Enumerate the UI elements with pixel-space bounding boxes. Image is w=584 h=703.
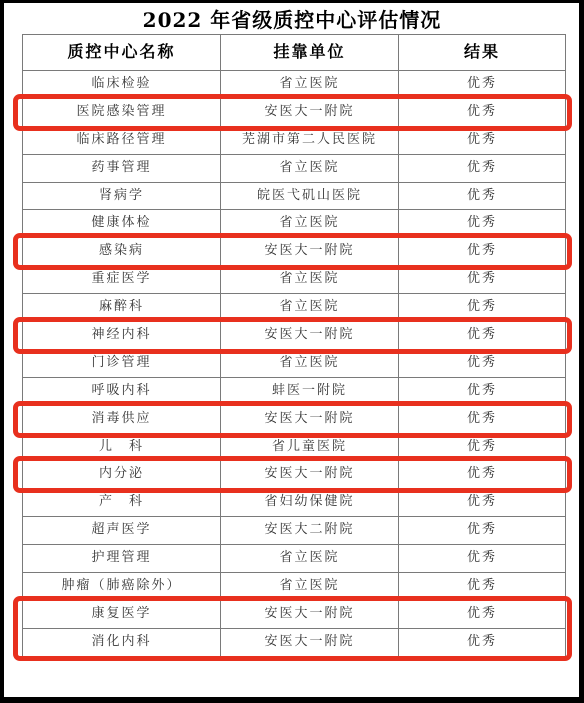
table-row: 肾病学 皖医弋矶山医院 优秀 [23,182,566,210]
cell-center-name: 肿瘤（肺癌除外） [23,573,221,601]
cell-unit: 省立医院 [221,573,399,601]
photo-border-right [579,0,584,703]
table-row: 消毒供应 安医大一附院 优秀 [23,405,566,433]
table-row: 重症医学 省立医院 优秀 [23,266,566,294]
table-row: 护理管理 省立医院 优秀 [23,545,566,573]
cell-result: 优秀 [399,71,566,99]
photo-border-left [0,0,4,703]
table-row: 超声医学 安医大二附院 优秀 [23,517,566,545]
cell-center-name: 消毒供应 [23,405,221,433]
cell-center-name: 临床路径管理 [23,126,221,154]
cell-result: 优秀 [399,433,566,461]
cell-unit: 省立医院 [221,210,399,238]
table-row: 产 科 省妇幼保健院 优秀 [23,489,566,517]
header-row: 质控中心名称 挂靠单位 结果 [23,35,566,71]
cell-result: 优秀 [399,489,566,517]
column-header-center-name: 质控中心名称 [23,35,221,71]
cell-unit: 芜湖市第二人民医院 [221,126,399,154]
cell-unit: 安医大一附院 [221,600,399,628]
cell-unit: 安医大一附院 [221,238,399,266]
cell-unit: 省立医院 [221,294,399,322]
cell-result: 优秀 [399,545,566,573]
cell-center-name: 超声医学 [23,517,221,545]
cell-result: 优秀 [399,628,566,656]
photo-border-top [0,0,584,3]
cell-unit: 皖医弋矶山医院 [221,182,399,210]
cell-result: 优秀 [399,210,566,238]
cell-center-name: 儿 科 [23,433,221,461]
column-header-result: 结果 [399,35,566,71]
cell-center-name: 消化内科 [23,628,221,656]
cell-result: 优秀 [399,377,566,405]
table-row: 门诊管理 省立医院 优秀 [23,349,566,377]
cell-center-name: 药事管理 [23,154,221,182]
cell-result: 优秀 [399,600,566,628]
table-row: 内分泌 安医大一附院 优秀 [23,461,566,489]
cell-unit: 安医大一附院 [221,461,399,489]
cell-result: 优秀 [399,294,566,322]
table-row: 肿瘤（肺癌除外） 省立医院 优秀 [23,573,566,601]
cell-result: 优秀 [399,349,566,377]
cell-unit: 安医大二附院 [221,517,399,545]
table-row: 临床路径管理 芜湖市第二人民医院 优秀 [23,126,566,154]
cell-center-name: 护理管理 [23,545,221,573]
cell-unit: 安医大一附院 [221,405,399,433]
cell-unit: 省立医院 [221,545,399,573]
table-row: 康复医学 安医大一附院 优秀 [23,600,566,628]
cell-unit: 省立医院 [221,266,399,294]
table-row: 儿 科 省儿童医院 优秀 [23,433,566,461]
cell-result: 优秀 [399,238,566,266]
cell-center-name: 肾病学 [23,182,221,210]
table-row: 麻醉科 省立医院 优秀 [23,294,566,322]
column-header-unit: 挂靠单位 [221,35,399,71]
cell-unit: 安医大一附院 [221,322,399,350]
table-row: 健康体检 省立医院 优秀 [23,210,566,238]
cell-center-name: 产 科 [23,489,221,517]
cell-unit: 安医大一附院 [221,628,399,656]
cell-result: 优秀 [399,573,566,601]
cell-center-name: 感染病 [23,238,221,266]
cell-result: 优秀 [399,98,566,126]
cell-result: 优秀 [399,154,566,182]
table-row: 感染病 安医大一附院 优秀 [23,238,566,266]
table-row: 临床检验 省立医院 优秀 [23,71,566,99]
cell-center-name: 健康体检 [23,210,221,238]
cell-unit: 省儿童医院 [221,433,399,461]
cell-unit: 蚌医一附院 [221,377,399,405]
cell-center-name: 呼吸内科 [23,377,221,405]
table-body: 临床检验 省立医院 优秀 医院感染管理 安医大一附院 优秀 临床路径管理 芜湖市… [23,71,566,657]
cell-center-name: 康复医学 [23,600,221,628]
table-row: 呼吸内科 蚌医一附院 优秀 [23,377,566,405]
table-row: 医院感染管理 安医大一附院 优秀 [23,98,566,126]
cell-result: 优秀 [399,461,566,489]
cell-unit: 省立医院 [221,71,399,99]
cell-unit: 省妇幼保健院 [221,489,399,517]
cell-center-name: 医院感染管理 [23,98,221,126]
evaluation-table: 质控中心名称 挂靠单位 结果 临床检验 省立医院 优秀 医院感染管理 安医大一附… [22,34,566,657]
cell-result: 优秀 [399,322,566,350]
cell-result: 优秀 [399,126,566,154]
table-row: 药事管理 省立医院 优秀 [23,154,566,182]
table-row: 神经内科 安医大一附院 优秀 [23,322,566,350]
page-title: 2022 年省级质控中心评估情况 [0,4,584,33]
cell-center-name: 重症医学 [23,266,221,294]
document-page: 2022 年省级质控中心评估情况 质控中心名称 挂靠单位 结果 临床检验 省立医… [0,0,584,703]
cell-unit: 安医大一附院 [221,98,399,126]
cell-unit: 省立医院 [221,154,399,182]
cell-center-name: 神经内科 [23,322,221,350]
cell-center-name: 麻醉科 [23,294,221,322]
table-row: 消化内科 安医大一附院 优秀 [23,628,566,656]
cell-result: 优秀 [399,182,566,210]
cell-result: 优秀 [399,405,566,433]
cell-center-name: 临床检验 [23,71,221,99]
photo-border-bottom [0,697,584,703]
cell-unit: 省立医院 [221,349,399,377]
cell-center-name: 内分泌 [23,461,221,489]
cell-result: 优秀 [399,266,566,294]
cell-center-name: 门诊管理 [23,349,221,377]
cell-result: 优秀 [399,517,566,545]
